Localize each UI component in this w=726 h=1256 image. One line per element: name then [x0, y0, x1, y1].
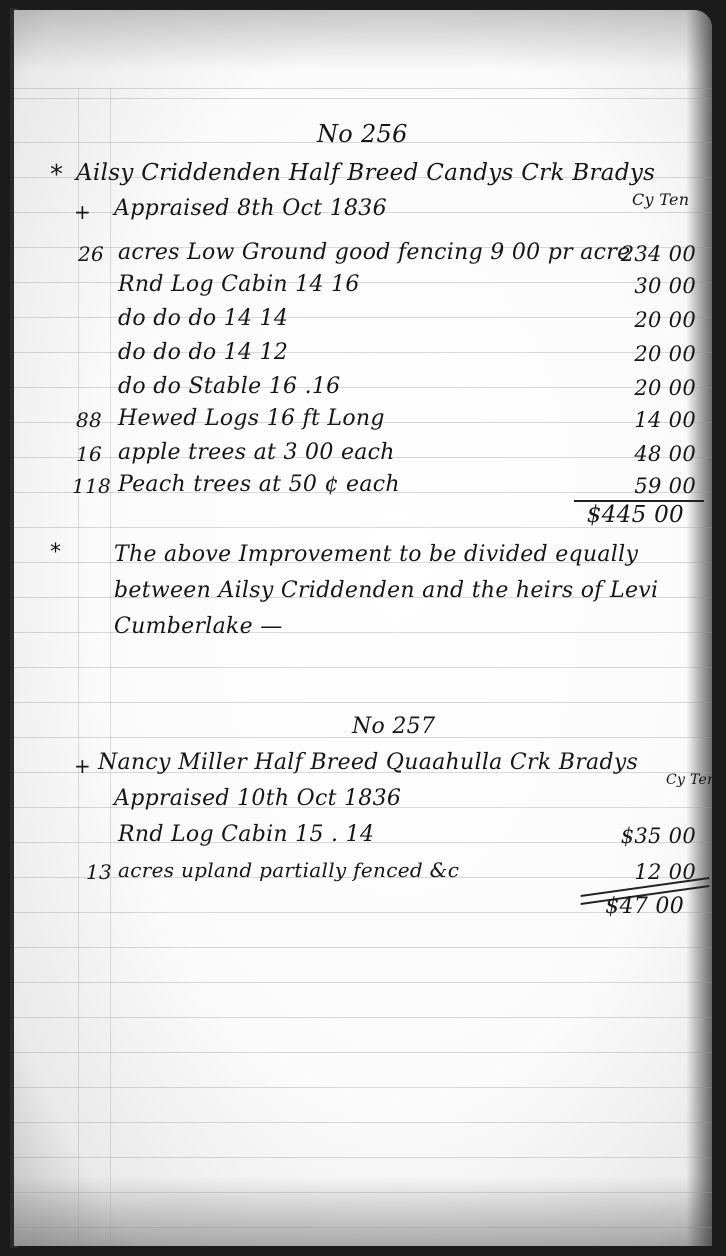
ruling-line	[14, 1122, 712, 1123]
item-amount: 20 00	[586, 308, 696, 332]
item-amount: 20 00	[586, 342, 696, 366]
scan-shadow-right	[686, 10, 712, 1246]
item-qty: 16	[76, 442, 102, 466]
item-description: acres upland partially fenced &c	[118, 858, 459, 882]
entry-number-257: No 257	[352, 714, 435, 739]
entry-total: $445 00	[574, 502, 684, 528]
item-amount: $35 00	[586, 824, 696, 848]
entry-header: Ailsy Criddenden Half Breed Candys Crk B…	[76, 160, 655, 186]
entry-header: Nancy Miller Half Breed Quaahulla Crk Br…	[98, 750, 638, 775]
ruling-line	[14, 1227, 712, 1228]
item-description: do do do 14 14	[118, 306, 288, 331]
entry-header-county: Cy Ten	[666, 772, 712, 788]
appraised-date: Appraised 8th Oct 1836	[114, 196, 387, 221]
item-qty: 13	[86, 860, 112, 884]
ruling-line	[14, 702, 712, 703]
plus-marker: +	[74, 754, 91, 778]
margin-line	[110, 88, 111, 1246]
ruling-line	[14, 947, 712, 948]
item-description: do do Stable 16 .16	[118, 374, 340, 399]
item-qty: 26	[78, 242, 104, 266]
item-qty: 88	[76, 408, 102, 432]
item-amount: 234 00	[586, 242, 696, 266]
item-qty: 118	[72, 474, 111, 498]
plus-marker: +	[74, 200, 91, 224]
note-line: Cumberlake —	[114, 614, 283, 639]
item-amount: 48 00	[586, 442, 696, 466]
scan-shadow-top	[14, 10, 712, 70]
item-description: Peach trees at 50 ¢ each	[118, 472, 400, 497]
note-asterisk-marker: *	[50, 540, 61, 565]
scan-shadow-bottom	[14, 1176, 712, 1246]
item-amount: 30 00	[586, 274, 696, 298]
ruling-line	[14, 982, 712, 983]
ruling-line	[14, 667, 712, 668]
ruling-line	[14, 1017, 712, 1018]
ruling-line	[14, 1157, 712, 1158]
appraised-date: Appraised 10th Oct 1836	[114, 786, 401, 811]
item-amount: 59 00	[586, 474, 696, 498]
ledger-page: No 256 * Ailsy Criddenden Half Breed Can…	[14, 10, 712, 1246]
item-description: acres Low Ground good fencing 9 00 pr ac…	[118, 240, 630, 265]
item-description: do do do 14 12	[118, 340, 288, 365]
item-amount: 20 00	[586, 376, 696, 400]
note-line: The above Improvement to be divided equa…	[114, 542, 638, 567]
item-amount: 14 00	[586, 408, 696, 432]
item-description: Rnd Log Cabin 14 16	[118, 272, 360, 297]
item-description: apple trees at 3 00 each	[118, 440, 395, 465]
ruling-line	[14, 98, 712, 99]
note-line: between Ailsy Criddenden and the heirs o…	[114, 578, 658, 603]
item-description: Hewed Logs 16 ft Long	[118, 406, 385, 431]
ruling-line	[14, 88, 712, 89]
entry-number-256: No 256	[317, 120, 408, 148]
entry-total: $47 00	[574, 894, 684, 919]
ruling-line	[14, 1192, 712, 1193]
asterisk-marker: *	[50, 160, 63, 190]
item-description: Rnd Log Cabin 15 . 14	[118, 822, 374, 847]
entry-header-county: Cy Ten	[632, 190, 689, 209]
ruling-line	[14, 1087, 712, 1088]
ruling-line	[14, 1052, 712, 1053]
